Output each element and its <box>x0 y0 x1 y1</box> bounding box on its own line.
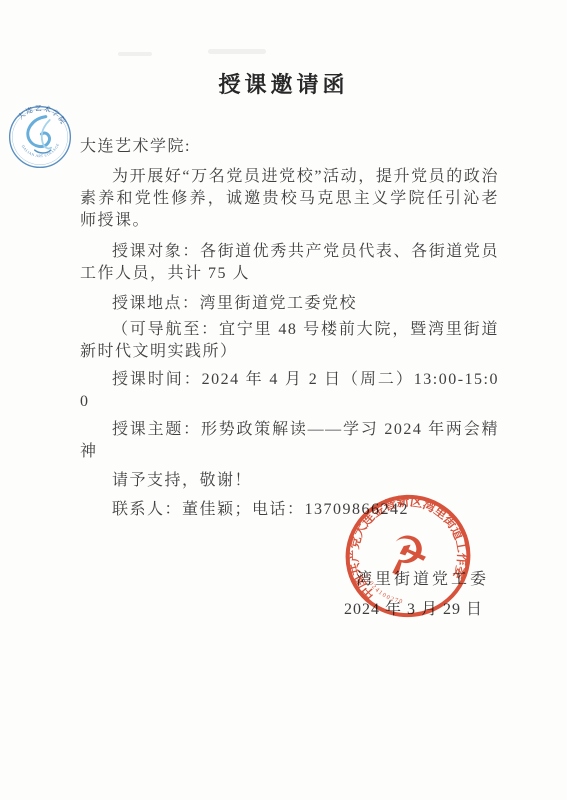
paragraph-time: 授课时间：2024 年 4 月 2 日（周二）13:00-15:00 <box>80 369 499 413</box>
paragraph-main: 为开展好“万名党员进党校”活动，提升党员的政治素养和党性修养，诚邀贵校马克思主义… <box>80 166 499 232</box>
invitation-letter-page: 授课邀请函 大连艺术学院 DALIAN ART COLLEGE <box>0 0 567 800</box>
salutation: 大连艺术学院: <box>80 136 499 158</box>
letter-body: 大连艺术学院: 为开展好“万名党员进党校”活动，提升党员的政治素养和党性修养，诚… <box>80 136 499 521</box>
college-logo-emblem: 大连艺术学院 DALIAN ART COLLEGE <box>8 105 72 169</box>
scan-smudge <box>118 52 152 56</box>
scan-smudge <box>208 49 266 54</box>
college-logo: 大连艺术学院 DALIAN ART COLLEGE <box>8 105 72 169</box>
paragraph-topic: 授课主题：形势政策解读——学习 2024 年两会精神 <box>80 419 499 463</box>
page-title: 授课邀请函 <box>0 68 567 99</box>
paragraph-navigation: （可导航至：宜宁里 48 号楼前大院，暨湾里街道新时代文明实践所） <box>80 319 499 363</box>
paragraph-audience: 授课对象：各街道优秀共产党员代表、各街道党员工作人员，共计 75 人 <box>80 241 499 285</box>
hammer-and-sickle-icon: ☭ <box>378 523 435 588</box>
paragraph-location: 授课地点：湾里街道党工委党校 <box>80 293 499 315</box>
